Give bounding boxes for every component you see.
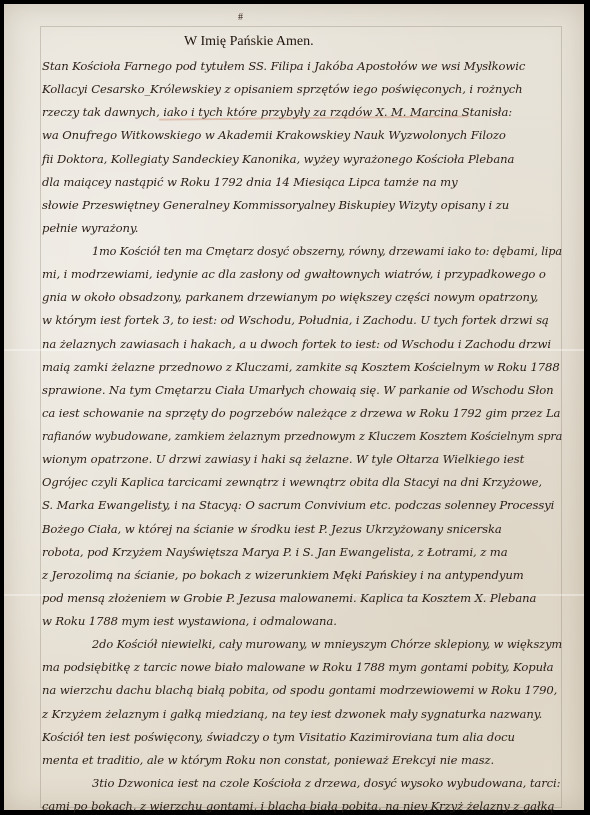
text-line: wa Onufrego Witkowskiego w Akademii Krak… (42, 127, 506, 143)
text-line: maią zamki żelazne przednowo z Kluczami,… (42, 359, 560, 375)
text-line: na wierzchu dachu blachą białą pobita, o… (42, 682, 557, 698)
text-line: ma podsiębitkę z tarcic nowe biało malow… (42, 659, 553, 675)
document-heading: W Imię Pańskie Amen. (184, 34, 314, 50)
section-2-start: 2do Kościół niewielki, cały murowany, w … (92, 636, 562, 652)
text-line: w Roku 1788 mym iest wystawiona, i odmal… (42, 613, 337, 629)
text-line: w którym iest fortek 3, to iest: od Wsch… (42, 312, 549, 328)
text-line: mi, i modrzewiami, iedynie ac dla zasłon… (42, 266, 546, 282)
section-1-start: 1mo Kościół ten ma Cmętarz dosyć obszern… (92, 243, 562, 259)
text-line: S. Marka Ewangelisty, i na Stacyą: O sac… (42, 497, 554, 513)
text-line: Kościół ten iest poświęcony, świadczy o … (42, 729, 515, 745)
text-line: fii Doktora, Kollegiaty Sandeckiey Kanon… (42, 151, 514, 167)
text-line: gnia w około obsadzony, parkanem drzewia… (42, 289, 538, 305)
text-line: słowie Przeswiętney Generalney Kommissor… (42, 197, 509, 213)
text-line: rzeczy tak dawnych, iako i tych które pr… (42, 104, 512, 120)
text-line: z Jerozolimą na ścianie, po bokach z wiz… (42, 567, 524, 583)
text-line: ca iest schowanie na sprzęty do pogrzebó… (42, 405, 560, 421)
text-line: Kollacyi Cesarsko_Królewskiey z opisanie… (42, 81, 522, 97)
text-line: Ogrójec czyli Kaplica tarcicami zewnątrz… (42, 474, 542, 490)
text-line: sprawione. Na tym Cmętarzu Ciała Umarłyc… (42, 382, 554, 398)
text-line: wionym opatrzone. U drzwi zawiasy i haki… (42, 451, 524, 467)
text-line: Bożego Ciała, w której na ścianie w środ… (42, 521, 502, 537)
page-mark: # (238, 12, 243, 23)
manuscript-page: # W Imię Pańskie Amen. Stan Kościoła Far… (4, 4, 584, 810)
text-line: dla maiącey nastąpić w Roku 1792 dnia 14… (42, 174, 458, 190)
text-line: cami po bokach, z wierzchu gontami, i bl… (42, 798, 554, 814)
text-line: pełnie wyrażony. (42, 220, 138, 236)
text-line: na żelaznych zawiasach i hakach, a u dwo… (42, 336, 551, 352)
text-line: rafianów wybudowane, zamkiem żelaznym pr… (42, 428, 562, 444)
text-line: menta et traditio, ale w którym Roku non… (42, 752, 494, 768)
text-line: pod mensą złożeniem w Grobie P. Jezusa m… (42, 590, 536, 606)
text-line: robota, pod Krzyżem Nayświętsza Marya P.… (42, 544, 508, 560)
section-3-start: 3tio Dzwonica iest na czole Kościoła z d… (92, 775, 560, 791)
text-line: z Krzyżem żelaznym i gałką miedzianą, na… (42, 706, 542, 722)
text-line: Stan Kościoła Farnego pod tytułem SS. Fi… (42, 58, 525, 74)
